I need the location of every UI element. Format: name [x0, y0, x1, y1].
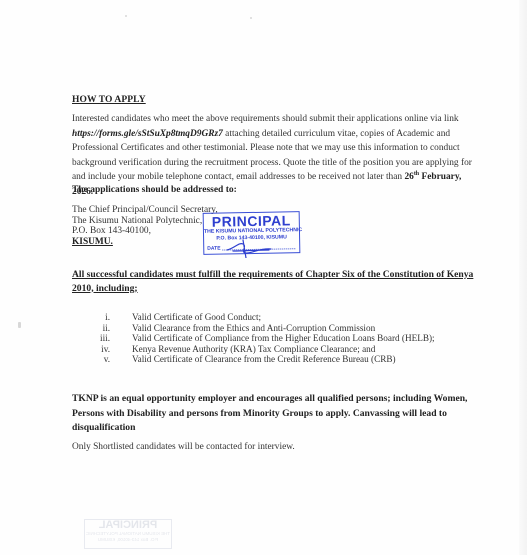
- application-form-link[interactable]: https://forms.gle/sStSuXp8tmqD9GRz7: [72, 129, 223, 139]
- deadline-day: 26: [404, 172, 413, 182]
- ghost-stamp-title: PRINCIPAL: [85, 520, 171, 531]
- how-to-apply-heading: HOW TO APPLY: [72, 95, 146, 105]
- ghost-stamp-institution: THE KISUMU NATIONAL POLYTECHNIC: [85, 531, 171, 537]
- shortlist-note: Only Shortlisted candidates will be cont…: [72, 442, 295, 452]
- address-line: The Chief Principal/Council Secretary,: [72, 205, 218, 216]
- item-number: i.: [72, 312, 110, 323]
- item-number: ii.: [72, 323, 110, 334]
- bleed-through-stamp: PRINCIPAL THE KISUMU NATIONAL POLYTECHNI…: [84, 519, 172, 549]
- scan-speck: [250, 17, 252, 19]
- item-text: Valid Certificate of Compliance from the…: [132, 333, 435, 344]
- document-page: HOW TO APPLY Interested candidates who m…: [0, 0, 527, 555]
- page-edge: [519, 0, 527, 555]
- item-text: Valid Clearance from the Ethics and Anti…: [132, 323, 375, 334]
- scan-speck: [125, 15, 127, 17]
- address-city: KISUMU.: [72, 237, 218, 248]
- item-number: v.: [72, 354, 110, 365]
- address-line: P.O. Box 143-40100,: [72, 226, 218, 237]
- item-text: Valid Certificate of Clearance from the …: [132, 354, 396, 365]
- item-number: iii.: [72, 333, 110, 344]
- postal-address: The Chief Principal/Council Secretary, T…: [72, 205, 218, 247]
- ghost-stamp-address: P.O. Box 143-40100, KISUMU: [85, 537, 171, 543]
- address-heading: The applications should be addressed to:: [72, 185, 237, 195]
- item-text: Valid Certificate of Good Conduct;: [132, 312, 261, 323]
- equal-opportunity-statement: TKNP is an equal opportunity employer an…: [72, 392, 492, 436]
- address-line: The Kisumu National Polytechnic,: [72, 216, 218, 227]
- item-number: iv.: [72, 344, 110, 355]
- paragraph-text: Interested candidates who meet the above…: [72, 114, 459, 124]
- stamp-date-label: DATE: [207, 246, 220, 252]
- item-text: Kenya Revenue Authority (KRA) Tax Compli…: [132, 344, 375, 355]
- scan-speck: [18, 322, 21, 328]
- signature-icon: [225, 236, 275, 258]
- chapter-six-heading: All successful candidates must fulfill t…: [72, 268, 492, 295]
